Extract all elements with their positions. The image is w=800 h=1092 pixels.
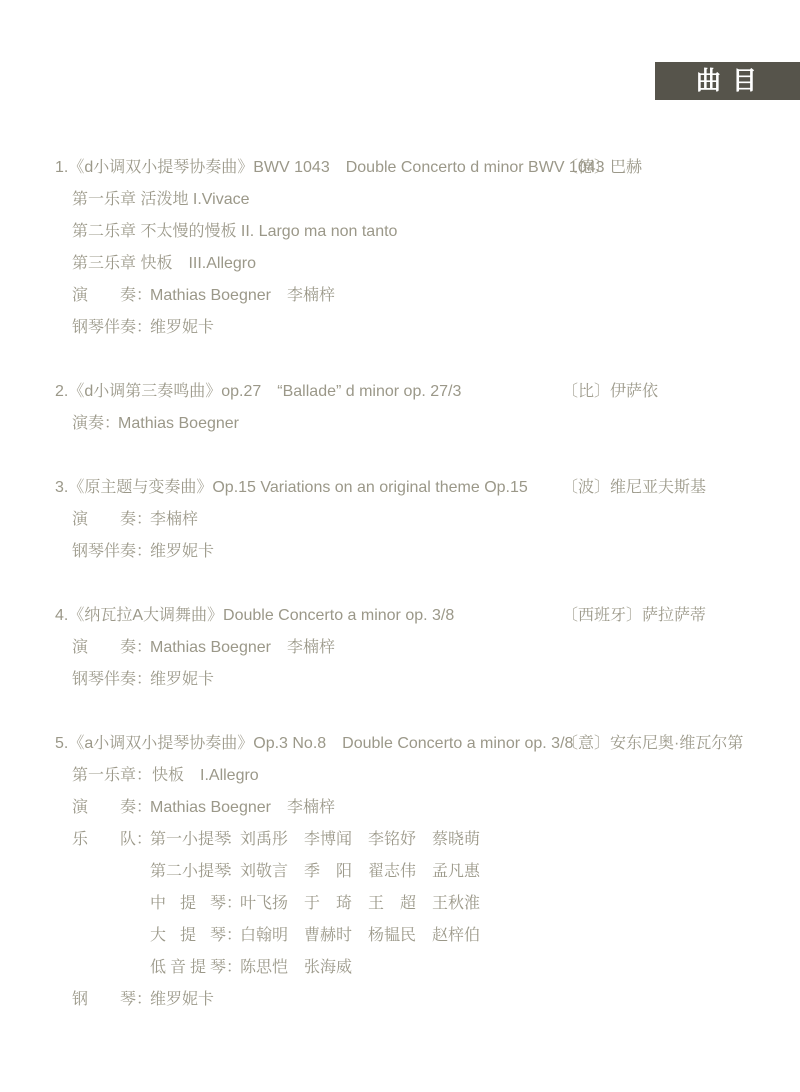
detail-line: 演奏：Mathias Boegner: [55, 408, 800, 440]
label-char: 奏: [120, 280, 136, 312]
piece-heading: 4.《纳瓦拉A大调舞曲》Double Concerto a minor op. …: [55, 600, 800, 632]
line-text: 白翰明 曹赫时 杨韫民 赵梓伯: [240, 927, 480, 944]
label-char: 低: [150, 952, 166, 984]
page-title-box: 曲 目: [655, 62, 800, 100]
section-label: 第一小提琴: [150, 824, 226, 856]
label-char: 演: [72, 504, 88, 536]
label-char: 队: [120, 824, 136, 856]
line-text: 维罗妮卡: [150, 543, 214, 560]
piece-title: 《d小调第三奏鸣曲》op.27 “Ballade” d minor op. 27…: [68, 383, 461, 400]
label-char: 琴: [210, 952, 226, 984]
label-char: 音: [170, 952, 186, 984]
page-title: 曲 目: [696, 67, 759, 95]
line-text: 维罗妮卡: [150, 319, 214, 336]
label-char: 钢: [72, 984, 88, 1016]
section-colon: ：: [226, 920, 240, 952]
label-char: 奏: [120, 792, 136, 824]
detail-line: 乐队：第一小提琴：刘禹彤 李博闻 李铭妤 蔡晓萌: [55, 824, 800, 856]
detail-line: 钢琴伴奏：维罗妮卡: [55, 312, 800, 344]
label-char: 琴: [88, 536, 104, 568]
label-char: 演: [72, 792, 88, 824]
role-colon: ：: [104, 408, 118, 440]
detail-line: 钢琴：维罗妮卡: [55, 984, 800, 1016]
detail-line: 中提琴：叶飞扬 于 琦 王 超 王秋淮: [55, 888, 800, 920]
label-char: 奏: [120, 504, 136, 536]
piece-title: 《原主题与变奏曲》Op.15 Variations on an original…: [68, 479, 527, 496]
detail-line: 第三乐章 快板 III.Allegro: [55, 248, 800, 280]
section-label: 第二小提琴: [150, 856, 226, 888]
detail-line: 钢琴伴奏：维罗妮卡: [55, 536, 800, 568]
line-text: 第一乐章 活泼地 I.Vivace: [72, 191, 250, 208]
label-char: 第: [150, 824, 166, 856]
piece-heading: 5.《a小调双小提琴协奏曲》Op.3 No.8 Double Concerto …: [55, 728, 800, 760]
label-char: 钢: [72, 536, 88, 568]
label-char: 提: [190, 952, 206, 984]
detail-line: 第二乐章 不太慢的慢板 II. Largo ma non tanto: [55, 216, 800, 248]
role-colon: ：: [136, 536, 150, 568]
piece-composer: 〔意〕安东尼奥·维瓦尔第: [562, 728, 743, 760]
label-char: 演: [72, 632, 88, 664]
role-label: 演奏: [72, 504, 136, 536]
label-char: 琴: [88, 664, 104, 696]
label-char: 奏: [120, 632, 136, 664]
role-label: 演奏: [72, 408, 104, 440]
label-char: 奏: [120, 664, 136, 696]
role-colon: ：: [136, 504, 150, 536]
piece-details: 演奏：Mathias Boegner: [55, 408, 800, 440]
detail-line: 演奏：Mathias Boegner 李楠梓: [55, 280, 800, 312]
label-char: 小: [182, 856, 198, 888]
piece-composer: 〔比〕伊萨依: [562, 376, 658, 408]
detail-line: 演奏：李楠梓: [55, 504, 800, 536]
label-char: 伴: [104, 664, 120, 696]
piece-heading: 3.《原主题与变奏曲》Op.15 Variations on an origin…: [55, 472, 800, 504]
line-text: 维罗妮卡: [150, 991, 214, 1008]
section-colon: ：: [226, 952, 240, 984]
piece-details: 演奏：Mathias Boegner 李楠梓 钢琴伴奏：维罗妮卡: [55, 632, 800, 696]
detail-line: 第一乐章 活泼地 I.Vivace: [55, 184, 800, 216]
role-label: 钢琴伴奏: [72, 312, 136, 344]
label-char: 一: [166, 824, 182, 856]
detail-line: 钢琴伴奏：维罗妮卡: [55, 664, 800, 696]
label-char: 琴: [210, 888, 226, 920]
program-item: 4.《纳瓦拉A大调舞曲》Double Concerto a minor op. …: [55, 600, 800, 696]
line-text: 第一乐章：快板 I.Allegro: [72, 767, 259, 784]
label-char: 琴: [120, 984, 136, 1016]
role-label: 演奏: [72, 280, 136, 312]
program-item: 5.《a小调双小提琴协奏曲》Op.3 No.8 Double Concerto …: [55, 728, 800, 1016]
label-char: 演: [72, 408, 88, 440]
label-char: 大: [150, 920, 166, 952]
label-char: 小: [182, 824, 198, 856]
piece-title: 《纳瓦拉A大调舞曲》Double Concerto a minor op. 3/…: [68, 607, 454, 624]
line-text: Mathias Boegner: [118, 415, 239, 432]
role-label: 演奏: [72, 792, 136, 824]
detail-line: 第二小提琴：刘敬言 季 阳 翟志伟 孟凡惠: [55, 856, 800, 888]
label-char: 钢: [72, 312, 88, 344]
detail-line: 演奏：Mathias Boegner 李楠梓: [55, 632, 800, 664]
program-item: 3.《原主题与变奏曲》Op.15 Variations on an origin…: [55, 472, 800, 568]
section-label: 中提琴: [150, 888, 226, 920]
label-char: 奏: [120, 312, 136, 344]
detail-line: 低音提琴：陈思恺 张海威: [55, 952, 800, 984]
label-char: 第: [150, 856, 166, 888]
piece-composer: 〔西班牙〕萨拉萨蒂: [562, 600, 706, 632]
label-char: 乐: [72, 824, 88, 856]
label-char: 琴: [88, 312, 104, 344]
label-char: 伴: [104, 312, 120, 344]
role-colon: ：: [136, 664, 150, 696]
line-text: 陈思恺 张海威: [240, 959, 352, 976]
piece-number: 4.: [55, 607, 68, 624]
section-colon: ：: [226, 888, 240, 920]
program-page: 曲 目 1.《d小调双小提琴协奏曲》BWV 1043 Double Concer…: [0, 0, 800, 1092]
program-item: 1.《d小调双小提琴协奏曲》BWV 1043 Double Concerto d…: [55, 152, 800, 344]
detail-line: 第一乐章：快板 I.Allegro: [55, 760, 800, 792]
line-text: 刘敬言 季 阳 翟志伟 孟凡惠: [240, 863, 480, 880]
detail-line: 大提琴：白翰明 曹赫时 杨韫民 赵梓伯: [55, 920, 800, 952]
line-text: Mathias Boegner 李楠梓: [150, 287, 335, 304]
line-text: 叶飞扬 于 琦 王 超 王秋淮: [240, 895, 480, 912]
piece-title: 《d小调双小提琴协奏曲》BWV 1043 Double Concerto d m…: [68, 159, 604, 176]
role-label: 钢琴伴奏: [72, 536, 136, 568]
label-char: 奏: [120, 536, 136, 568]
label-char: 演: [72, 280, 88, 312]
role-colon: ：: [136, 984, 150, 1016]
piece-number: 5.: [55, 735, 68, 752]
piece-number: 1.: [55, 159, 68, 176]
piece-details: 第一乐章：快板 I.Allegro 演奏：Mathias Boegner 李楠梓…: [55, 760, 800, 1016]
piece-number: 2.: [55, 383, 68, 400]
piece-details: 第一乐章 活泼地 I.Vivace 第二乐章 不太慢的慢板 II. Largo …: [55, 184, 800, 344]
section-colon: ：: [226, 824, 240, 856]
label-char: 琴: [210, 920, 226, 952]
line-text: Mathias Boegner 李楠梓: [150, 639, 335, 656]
section-label: 大提琴: [150, 920, 226, 952]
label-char: 提: [198, 824, 214, 856]
line-text: 李楠梓: [150, 511, 198, 528]
role-label: 钢琴: [72, 984, 136, 1016]
role-colon: ：: [136, 280, 150, 312]
piece-number: 3.: [55, 479, 68, 496]
piece-heading: 2.《d小调第三奏鸣曲》op.27 “Ballade” d minor op. …: [55, 376, 800, 408]
detail-line: 演奏：Mathias Boegner 李楠梓: [55, 792, 800, 824]
role-colon: ：: [136, 312, 150, 344]
line-text: 第三乐章 快板 III.Allegro: [72, 255, 256, 272]
label-char: 二: [166, 856, 182, 888]
role-label: 钢琴伴奏: [72, 664, 136, 696]
program-item: 2.《d小调第三奏鸣曲》op.27 “Ballade” d minor op. …: [55, 376, 800, 440]
role-colon: ：: [136, 824, 150, 856]
label-char: 钢: [72, 664, 88, 696]
piece-composer: 〔德〕巴赫: [562, 152, 642, 184]
piece-heading: 1.《d小调双小提琴协奏曲》BWV 1043 Double Concerto d…: [55, 152, 800, 184]
role-label: 乐队: [72, 824, 136, 856]
section-colon: ：: [226, 856, 240, 888]
role-colon: ：: [136, 632, 150, 664]
label-char: 提: [180, 888, 196, 920]
label-char: 提: [180, 920, 196, 952]
label-char: 提: [198, 856, 214, 888]
label-char: 中: [150, 888, 166, 920]
section-label: 低音提琴: [150, 952, 226, 984]
label-char: 伴: [104, 536, 120, 568]
line-text: 刘禹彤 李博闻 李铭妤 蔡晓萌: [240, 831, 480, 848]
line-text: 第二乐章 不太慢的慢板 II. Largo ma non tanto: [72, 223, 397, 240]
program-list: 1.《d小调双小提琴协奏曲》BWV 1043 Double Concerto d…: [55, 152, 800, 1016]
label-char: 奏: [88, 408, 104, 440]
piece-details: 演奏：李楠梓 钢琴伴奏：维罗妮卡: [55, 504, 800, 568]
piece-title: 《a小调双小提琴协奏曲》Op.3 No.8 Double Concerto a …: [68, 735, 573, 752]
piece-composer: 〔波〕维尼亚夫斯基: [562, 472, 706, 504]
role-label: 演奏: [72, 632, 136, 664]
line-text: Mathias Boegner 李楠梓: [150, 799, 335, 816]
line-text: 维罗妮卡: [150, 671, 214, 688]
role-colon: ：: [136, 792, 150, 824]
